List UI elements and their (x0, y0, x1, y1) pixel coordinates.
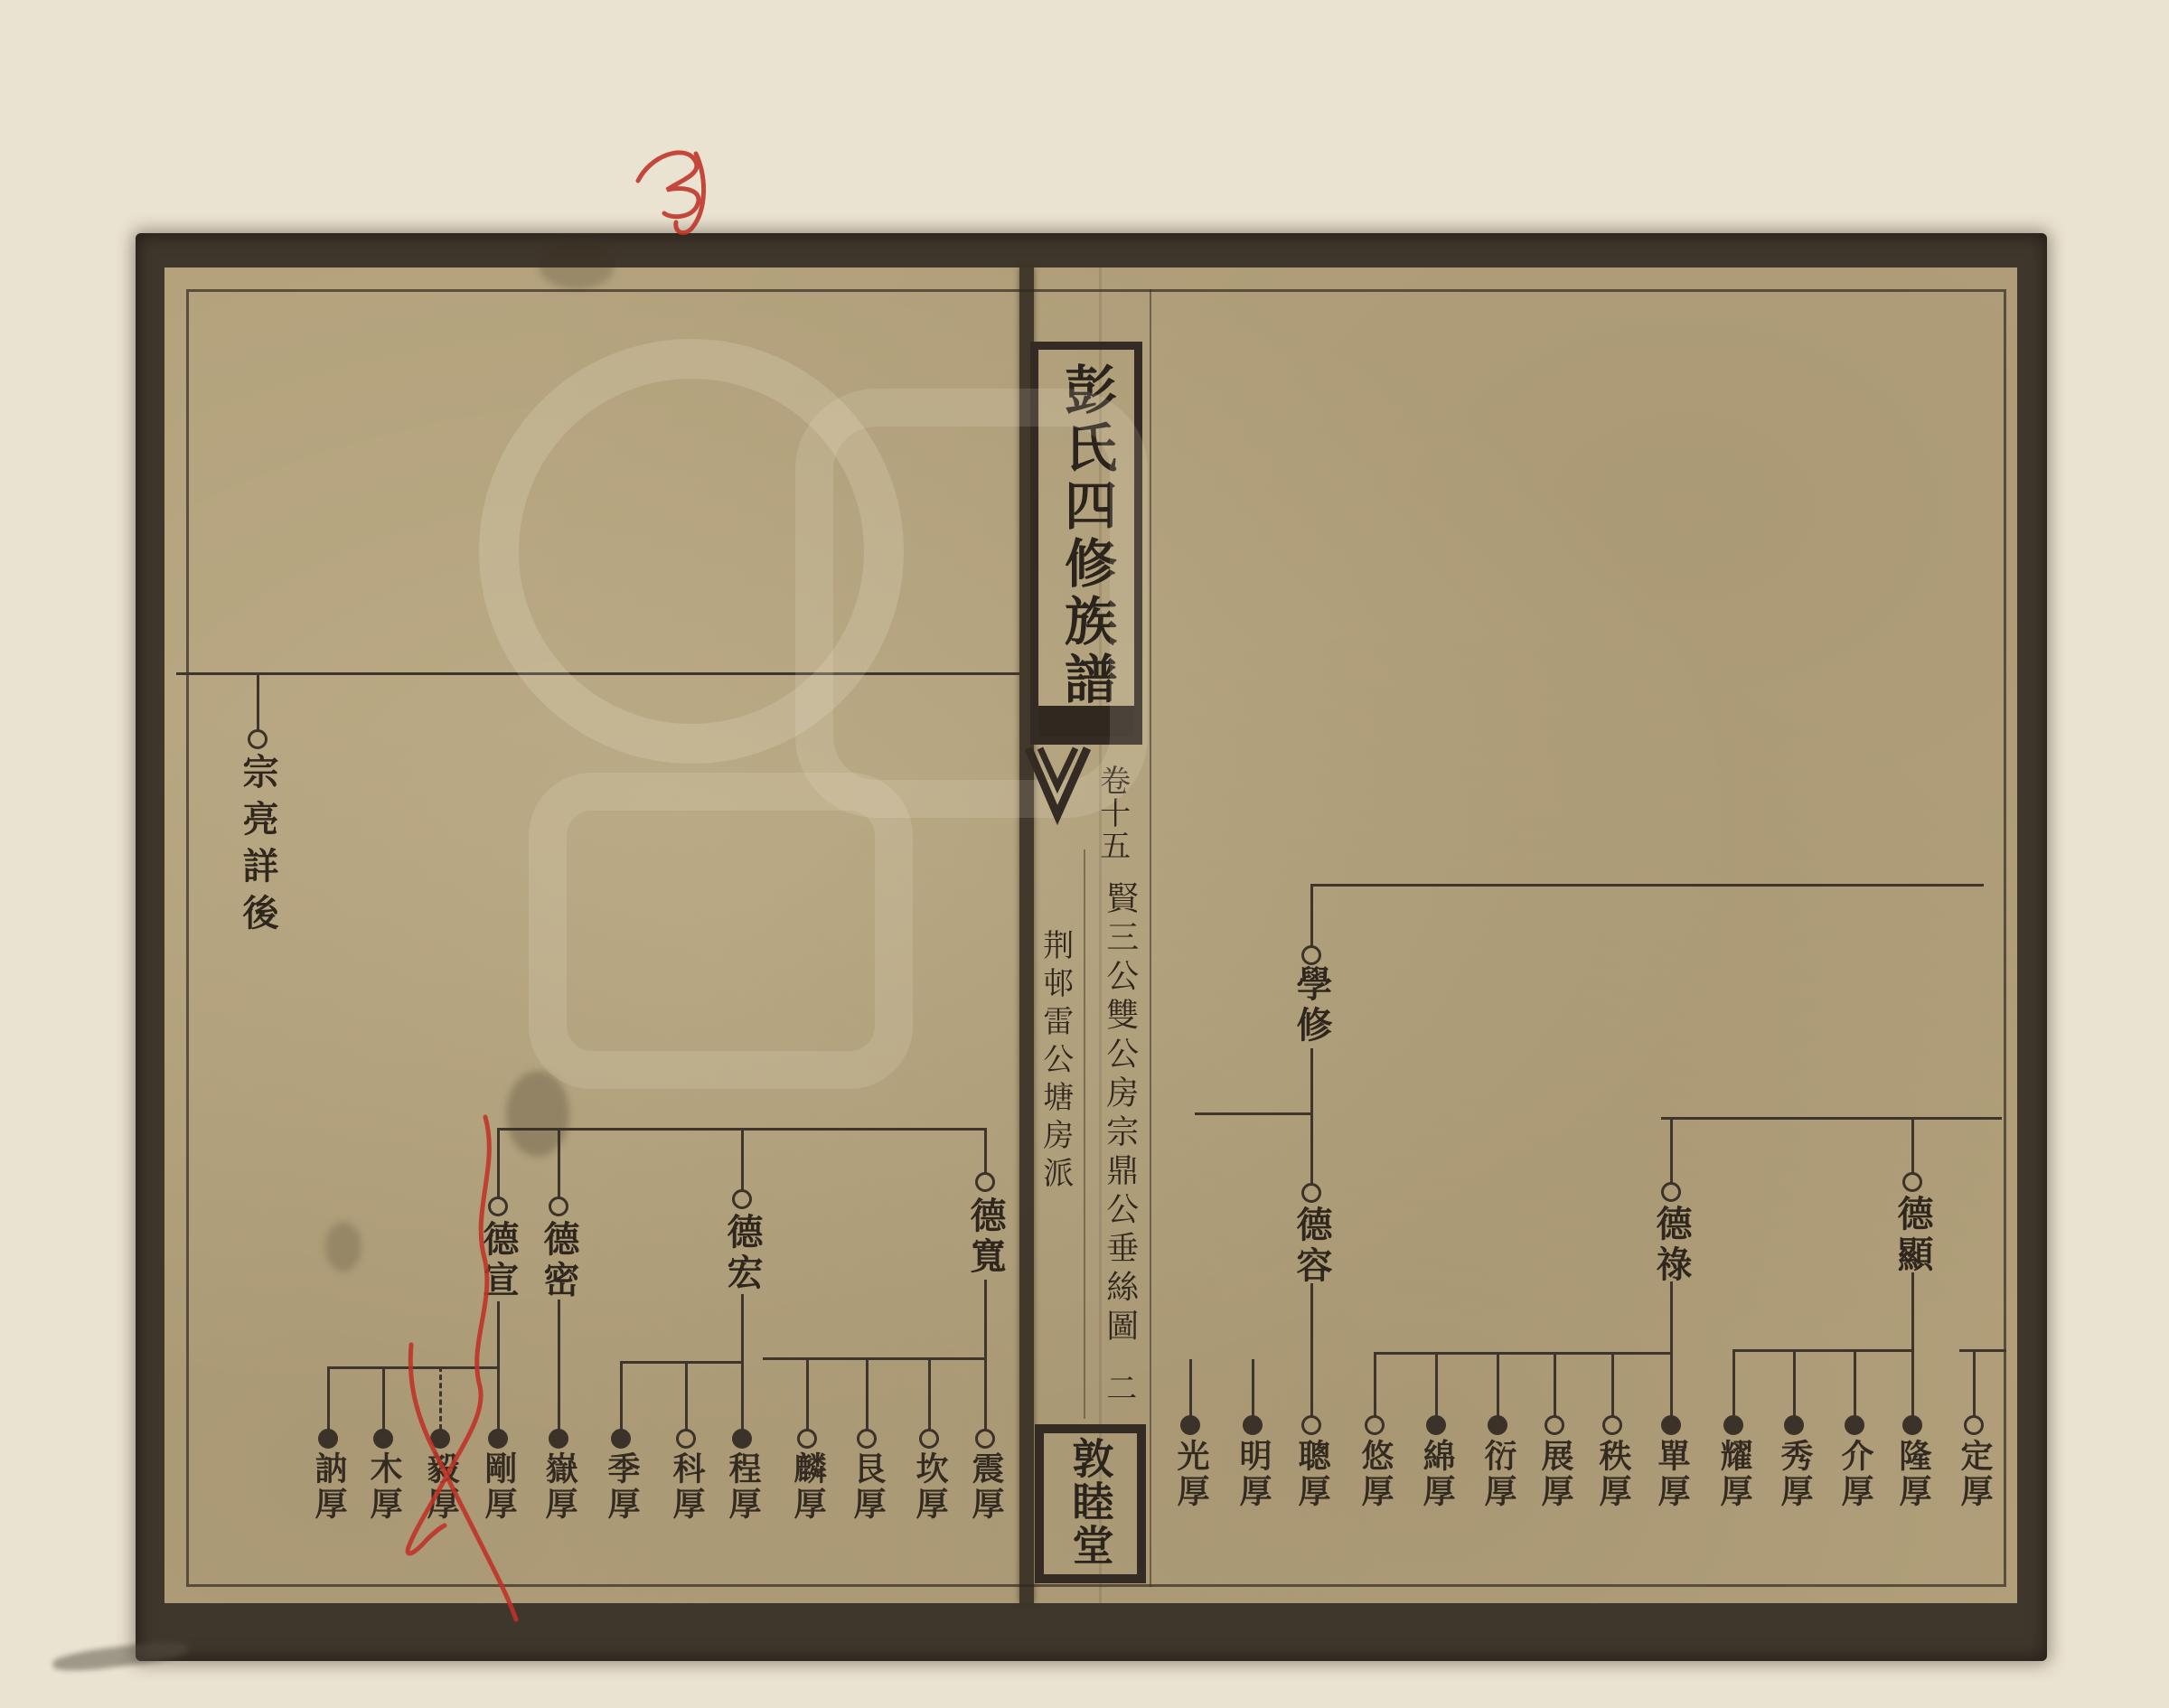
tree-line (1670, 1352, 1673, 1416)
branch-label: 荆邨雷公塘房派 (1038, 929, 1071, 1195)
cartouche-band (1038, 706, 1134, 737)
tree-line-dashed (439, 1366, 442, 1430)
tree-line (497, 1128, 500, 1198)
person-marker-open (1661, 1182, 1681, 1202)
person-name: 德祿 (1653, 1205, 1689, 1286)
tree-line (257, 672, 259, 730)
person-name: 光厚 (1174, 1439, 1207, 1509)
person-marker-open (1902, 1172, 1922, 1192)
tree-line (984, 1280, 987, 1430)
tree-line (1374, 1352, 1376, 1416)
tree-line (741, 1128, 744, 1191)
person-name: 剛厚 (482, 1451, 514, 1522)
volume-label: 卷十五 (1094, 765, 1128, 862)
person-name: 定厚 (1958, 1439, 1990, 1509)
person-name: 毅厚 (424, 1451, 456, 1522)
person-marker-filled (488, 1429, 508, 1449)
person-marker-open (919, 1429, 939, 1449)
person-name: 秩厚 (1596, 1439, 1629, 1509)
person-name: 程厚 (726, 1451, 758, 1522)
tree-line (1195, 1112, 1312, 1115)
person-name: 艮厚 (850, 1451, 883, 1522)
person-marker-open (549, 1197, 568, 1216)
page-title: 彭氏四修族譜 (1060, 362, 1113, 709)
tree-line (1661, 1117, 2002, 1120)
tree-line (1793, 1349, 1796, 1416)
person-marker-open (1301, 1415, 1321, 1435)
person-name: 德密 (540, 1220, 577, 1301)
person-name: 麟厚 (791, 1451, 823, 1522)
person-marker-open (676, 1429, 696, 1449)
person-name: 綿厚 (1420, 1439, 1452, 1509)
tree-line (1733, 1349, 1913, 1352)
person-marker-open (797, 1429, 817, 1449)
hall-seal-box: 敦睦堂 (1035, 1424, 1146, 1583)
person-name: 德寬 (967, 1197, 1003, 1278)
tree-line (1611, 1352, 1614, 1416)
spine-mid-rule (1084, 849, 1085, 1419)
person-name: 展厚 (1538, 1439, 1571, 1509)
person-marker-open (1365, 1415, 1385, 1435)
person-name: 衍厚 (1481, 1439, 1514, 1509)
tree-line (620, 1361, 623, 1430)
person-name: 坎厚 (913, 1451, 945, 1522)
tree-line (1310, 884, 1313, 946)
person-name: 秀厚 (1778, 1439, 1810, 1509)
person-name: 德宏 (724, 1213, 760, 1294)
tree-line (497, 1366, 500, 1430)
tree-line (1497, 1352, 1499, 1416)
person-name: 單厚 (1655, 1439, 1687, 1509)
section-title: 賢三公雙公房宗鼎公垂絲圖 (1102, 881, 1138, 1347)
person-name: 德容 (1293, 1206, 1329, 1287)
tree-line (328, 1366, 500, 1369)
tree-line (1911, 1117, 1914, 1173)
person-marker-filled (1723, 1415, 1743, 1435)
person-marker-filled (1488, 1415, 1507, 1435)
tree-line (621, 1361, 744, 1364)
tree-line (866, 1357, 869, 1430)
person-name: 嶽厚 (542, 1451, 575, 1522)
person-name: 明厚 (1236, 1439, 1269, 1509)
person-name: 德顯 (1894, 1195, 1930, 1276)
tree-line (1189, 1359, 1192, 1416)
tree-line (1670, 1117, 1673, 1183)
page-number: 二 (1101, 1372, 1134, 1403)
person-name: 德宣 (480, 1220, 516, 1301)
title-cartouche: 彭氏四修族譜 (1030, 342, 1142, 745)
person-marker-open (1602, 1415, 1622, 1435)
person-marker-open (975, 1429, 995, 1449)
tree-line (1670, 1281, 1673, 1354)
person-marker-open (1301, 1183, 1321, 1203)
person-marker-filled (318, 1429, 338, 1449)
person-marker-filled (1902, 1415, 1922, 1435)
red-ink-mark (638, 153, 699, 217)
person-marker-filled (1845, 1415, 1864, 1435)
tree-line (176, 672, 1019, 675)
tree-line (1911, 1272, 1914, 1416)
person-marker-filled (1243, 1415, 1263, 1435)
person-name: 聰厚 (1295, 1439, 1328, 1509)
person-name: 悠厚 (1358, 1439, 1391, 1509)
tree-line (327, 1366, 330, 1430)
tree-line (1959, 1349, 2006, 1352)
tree-line (382, 1366, 385, 1430)
tree-line (1554, 1352, 1556, 1416)
tree-line (1310, 1048, 1313, 1184)
person-name: 震厚 (969, 1451, 1001, 1522)
person-marker-open (1301, 945, 1321, 965)
tree-line (806, 1357, 809, 1430)
person-marker-filled (611, 1429, 631, 1449)
tree-line (1732, 1349, 1735, 1416)
tree-line (1311, 884, 1984, 887)
pencil-smudge (52, 1638, 189, 1675)
person-marker-open (857, 1429, 877, 1449)
person-name: 隆厚 (1896, 1439, 1929, 1509)
person-marker-filled (732, 1429, 752, 1449)
scanned-genealogy-page: 彭氏四修族譜 卷十五 賢三公雙公房宗鼎公垂絲圖 二 荆邨雷公塘房派 敦睦堂 (0, 0, 2169, 1708)
person-marker-filled (549, 1429, 568, 1449)
tree-line (1435, 1352, 1438, 1416)
person-marker-open (1545, 1415, 1564, 1435)
person-marker-open (488, 1197, 508, 1216)
hall-name: 敦睦堂 (1070, 1437, 1112, 1567)
person-marker-open (732, 1189, 752, 1209)
person-marker-filled (430, 1429, 450, 1449)
tree-line (497, 1301, 500, 1368)
person-name: 科厚 (670, 1451, 702, 1522)
person-name: 耀厚 (1717, 1439, 1750, 1509)
tree-line (763, 1357, 987, 1360)
person-marker-filled (1426, 1415, 1446, 1435)
ink-smudge (506, 1071, 569, 1157)
person-marker-filled (1180, 1415, 1200, 1435)
person-marker-open (248, 729, 268, 749)
tree-line (984, 1128, 987, 1174)
person-name: 學修 (1293, 965, 1329, 1046)
person-marker-filled (373, 1429, 393, 1449)
person-marker-filled (1784, 1415, 1804, 1435)
ink-smudge (539, 242, 615, 289)
tree-line (558, 1300, 560, 1430)
tree-line (685, 1361, 688, 1430)
tree-line (1310, 1283, 1313, 1416)
spine-right-rule (1150, 289, 1151, 1587)
ink-smudge (325, 1222, 361, 1272)
tree-line (928, 1357, 931, 1430)
tree-line (1854, 1349, 1856, 1416)
tree-line (1375, 1352, 1673, 1355)
person-name: 木厚 (367, 1451, 399, 1522)
person-marker-filled (1661, 1415, 1681, 1435)
person-name: 季厚 (605, 1451, 637, 1522)
person-marker-open (975, 1172, 995, 1192)
red-ink-mark (676, 154, 704, 233)
person-marker-open (1964, 1415, 1984, 1435)
person-name: 宗亮詳後 (239, 753, 276, 941)
person-name: 介厚 (1838, 1439, 1871, 1509)
tree-line (1973, 1349, 1976, 1416)
person-name: 訥厚 (312, 1451, 344, 1522)
tree-line (1252, 1359, 1254, 1416)
